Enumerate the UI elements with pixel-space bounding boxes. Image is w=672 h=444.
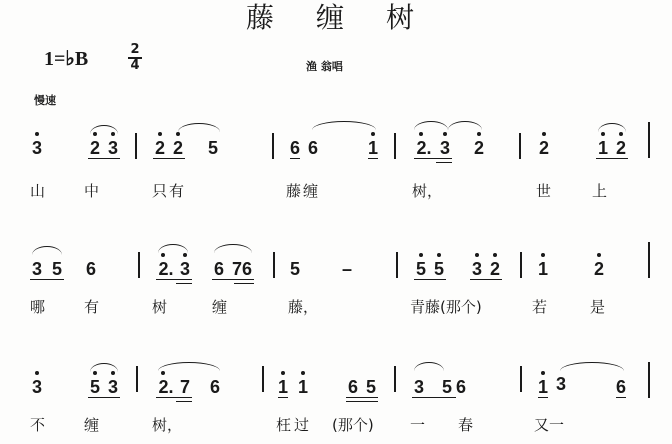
underline <box>414 279 446 280</box>
note: 1 <box>596 138 610 158</box>
slur <box>560 362 624 371</box>
note: 6 <box>614 377 628 397</box>
slur <box>90 363 118 372</box>
barline <box>273 252 275 278</box>
slur <box>158 244 188 253</box>
underline <box>88 397 120 398</box>
slur <box>158 362 220 371</box>
note: 2 <box>592 259 606 279</box>
underline <box>436 162 452 163</box>
underline <box>212 279 254 280</box>
note: 2 <box>88 138 102 158</box>
note: 2. <box>414 138 434 158</box>
barline <box>648 242 650 278</box>
underline <box>176 283 192 284</box>
note: 5 <box>288 259 302 279</box>
lyric: 又一 <box>534 416 564 434</box>
note: 5 <box>440 377 454 397</box>
note: 2 <box>614 138 628 158</box>
barline <box>262 366 264 392</box>
barline <box>396 252 398 278</box>
note: 3 <box>178 259 192 279</box>
note: 6 <box>212 259 226 279</box>
note: 5 <box>414 259 428 279</box>
note: 6 <box>346 377 360 397</box>
note: 1 <box>536 259 550 279</box>
slur <box>414 121 448 130</box>
note: 3 <box>438 138 452 158</box>
slur <box>414 362 444 371</box>
lyric: 春 <box>458 416 473 434</box>
slur <box>32 246 62 255</box>
lyric: 不 <box>30 416 45 434</box>
note: – <box>340 259 354 279</box>
time-signature-bottom: 4 <box>130 60 139 72</box>
note: 2 <box>472 138 486 158</box>
barline <box>520 252 522 278</box>
note: 1 <box>366 138 380 158</box>
barline <box>136 366 138 392</box>
song-title: 藤缠树 <box>0 0 672 36</box>
note: 2 <box>537 138 551 158</box>
underline <box>88 158 120 159</box>
note: 76 <box>230 259 254 279</box>
key-signature: 1=♭B <box>44 46 88 71</box>
underline <box>596 158 628 159</box>
underline <box>414 158 452 159</box>
note: 5 <box>432 259 446 279</box>
note: 2 <box>153 138 167 158</box>
barline <box>138 252 140 278</box>
underline <box>176 401 192 402</box>
barline <box>648 122 650 158</box>
note: 1 <box>296 377 310 397</box>
lyric: 一 <box>410 416 425 434</box>
tempo-marking: 慢速 <box>34 92 56 108</box>
underline <box>538 397 548 398</box>
underline <box>278 397 288 398</box>
note: 5 <box>206 138 220 158</box>
singer-credit: 渔 翁唱 <box>306 58 343 74</box>
note: 3 <box>30 138 44 158</box>
slur <box>214 244 252 253</box>
underline <box>30 279 64 280</box>
underline <box>290 158 300 159</box>
underline <box>470 279 502 280</box>
lyric: (那个) <box>332 416 374 434</box>
lyric: 有 <box>84 298 99 316</box>
lyric: 缠 <box>84 416 99 434</box>
barline <box>272 133 274 159</box>
lyric: 中 <box>84 182 99 200</box>
note: 7 <box>178 377 192 397</box>
underline <box>234 283 254 284</box>
lyric: 哪 <box>30 298 45 316</box>
note: 3 <box>30 377 44 397</box>
time-signature: 2 4 <box>128 44 142 72</box>
note: 1 <box>536 377 550 397</box>
note: 6 <box>84 259 98 279</box>
lyric: 是 <box>590 298 605 316</box>
slur <box>448 121 482 130</box>
slur <box>90 125 118 134</box>
note: 3 <box>412 377 426 397</box>
note: 3 <box>30 259 44 279</box>
underline <box>156 279 192 280</box>
note: 1 <box>276 377 290 397</box>
note: 6 <box>208 377 222 397</box>
lyric: 树， <box>412 182 442 200</box>
lyric: 世 <box>536 182 551 200</box>
note: 5 <box>50 259 64 279</box>
lyric: 缠 <box>212 298 227 316</box>
underline <box>153 158 185 159</box>
note: 6 <box>306 138 320 158</box>
note: 5 <box>88 377 102 397</box>
barline <box>520 366 522 392</box>
underline <box>412 397 456 398</box>
note: 3 <box>470 259 484 279</box>
barline <box>394 366 396 392</box>
barline <box>519 133 521 159</box>
note: 3 <box>106 377 120 397</box>
note: 2. <box>156 259 176 279</box>
slur <box>178 123 220 132</box>
note: 2 <box>488 259 502 279</box>
lyric: 山 <box>30 182 45 200</box>
underline <box>156 397 192 398</box>
note: 5 <box>364 377 378 397</box>
time-signature-top: 2 <box>130 44 139 56</box>
note: 2. <box>156 377 176 397</box>
underline <box>346 401 378 402</box>
note: 6 <box>288 138 302 158</box>
underline <box>616 397 626 398</box>
lyric: 青藤(那个) <box>410 298 482 316</box>
lyric: 上 <box>592 182 607 200</box>
barline <box>135 133 137 159</box>
note: 3 <box>554 374 568 394</box>
underline <box>346 397 378 398</box>
lyric: 树 <box>152 298 167 316</box>
lyric: 枉过 <box>276 416 312 434</box>
note: 2 <box>171 138 185 158</box>
barline <box>394 133 396 159</box>
lyric: 树， <box>152 416 182 434</box>
lyric: 藤， <box>288 298 318 316</box>
lyric: 藤缠 <box>286 182 320 200</box>
note: 6 <box>454 377 468 397</box>
lyric: 只有 <box>152 182 186 200</box>
lyric: 若 <box>532 298 547 316</box>
slur <box>312 121 376 130</box>
underline <box>368 158 378 159</box>
barline <box>648 362 650 398</box>
slur <box>598 123 626 132</box>
note: 3 <box>106 138 120 158</box>
